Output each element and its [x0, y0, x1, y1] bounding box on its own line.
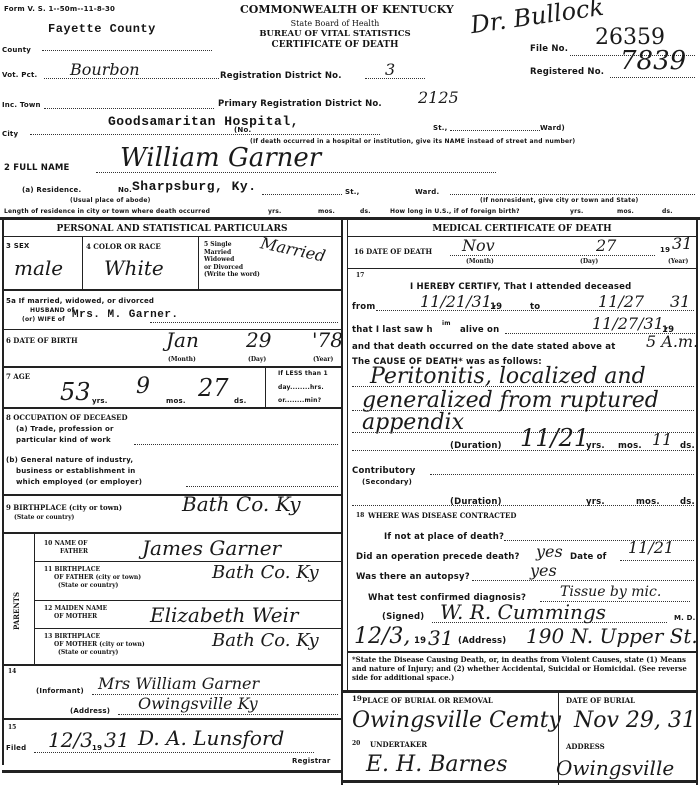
age-mos-label: mos.: [166, 397, 186, 405]
color-label: 4 COLOR OR RACE: [86, 242, 161, 251]
frame-middle: [341, 220, 343, 785]
registered-no-value: 7839: [620, 46, 686, 76]
medical-signed-rule: [348, 651, 696, 653]
residence-ward-line: [450, 194, 695, 195]
registered-no-label: Registered No.: [530, 67, 604, 77]
reg-district-label: Registration District No.: [220, 71, 342, 81]
us-yrs-label: yrs.: [570, 208, 584, 215]
dod-day-label: (Day): [580, 258, 598, 265]
industry-label-1: (b) General nature of industry,: [6, 456, 133, 464]
dob-label: 6 DATE OF BIRTH: [6, 336, 78, 345]
dob-year-label: (Year): [313, 356, 333, 363]
burial-bottom-rule: [341, 780, 698, 783]
cause-rule-1: [352, 386, 694, 387]
mother-bp-label-2: OF MOTHER (city or town): [54, 641, 145, 648]
vot-value: Bourbon: [70, 60, 140, 79]
county-value: Fayette County: [48, 22, 156, 36]
informant-num: 14: [8, 668, 16, 675]
father-bp-value: Bath Co. Ky: [212, 562, 319, 583]
parents-section-label: PARENTS: [12, 592, 21, 630]
city-line: [30, 134, 380, 135]
filed-date: 12/3: [48, 728, 93, 752]
informant-address-line: [118, 714, 338, 715]
frame-middle-inner: [347, 220, 348, 690]
town-label: Inc. Town: [2, 101, 41, 109]
death-occurred-label: and that death occurred on the date stat…: [352, 342, 615, 352]
burial-place-label: PLACE OF BURIAL OR REMOVAL: [362, 696, 493, 705]
age-label: 7 AGE: [6, 372, 30, 381]
birthplace-label: 9 BIRTHPLACE (city or town): [6, 503, 122, 512]
vot-line: [44, 78, 219, 79]
parents-divider: [34, 533, 35, 664]
form-code: Form V. S. 1--50m--11-8-30: [4, 5, 115, 13]
color-value: White: [104, 256, 164, 280]
residence-no-label: No.: [118, 186, 132, 194]
dod-rule: [348, 268, 696, 269]
from-to-line: [376, 310, 694, 311]
spouse-value: Mrs. M. Garner.: [72, 309, 179, 321]
burial-top-rule: [341, 690, 698, 693]
filed-year: 31: [104, 728, 129, 752]
residence-st-label: St.,: [345, 188, 360, 196]
burial-address-label: ADDRESS: [566, 742, 605, 751]
file-no-label: File No.: [530, 44, 568, 54]
contributory-label: Contributory: [352, 466, 415, 476]
registered-no-line: [610, 77, 695, 78]
medical-title-rule: [348, 236, 696, 237]
residence-value: Sharpsburg, Ky.: [132, 179, 257, 194]
top-signature: Dr. Bullock: [469, 0, 606, 39]
operation-label: Did an operation precede death?: [356, 552, 520, 562]
sex-label: 3 SEX: [6, 242, 30, 250]
primary-reg-label: Primary Registration District No.: [218, 99, 382, 109]
primary-reg-value: 2125: [418, 88, 459, 107]
mother-name-label-1: 12 MAIDEN NAME: [44, 605, 107, 612]
marital-line-single: 5 Single: [204, 241, 260, 249]
last-saw-label: that I last saw h: [352, 325, 433, 335]
autopsy-line: [472, 580, 694, 581]
dod-month: Nov: [462, 236, 495, 255]
city-value: Goodsamaritan Hospital,: [108, 114, 299, 129]
autopsy-value: yes: [530, 561, 557, 580]
ward-label: Ward): [540, 124, 565, 132]
undertaker-label: UNDERTAKER: [370, 740, 427, 749]
parents-row-2: [35, 600, 341, 601]
num-17: 17: [356, 272, 364, 279]
full-name-label: 2 FULL NAME: [4, 163, 70, 173]
marital-value: Married: [259, 233, 328, 265]
reg-district-line: [365, 78, 425, 79]
burial-date-label: DATE OF BURIAL: [566, 696, 635, 705]
industry-line: [186, 486, 338, 487]
dod-month-label: (Month): [466, 258, 494, 265]
father-bp-label-1: 11 BIRTHPLACE: [44, 566, 100, 573]
st-label: St.,: [433, 124, 448, 132]
age-months: 9: [136, 374, 150, 399]
industry-label-2: business or establishment in: [16, 467, 136, 475]
row-divider-7: [2, 664, 342, 666]
length-residence-label: Length of residence in city or town wher…: [4, 208, 210, 215]
test-value: Tissue by mic.: [560, 584, 661, 600]
residence-line: [262, 194, 342, 195]
medical-section-title: MEDICAL CERTIFICATE OF DEATH: [348, 224, 696, 234]
dod-year-label: (Year): [668, 258, 688, 265]
father-name-label-1: 10 NAME OF: [44, 540, 87, 547]
dod-label: 16 DATE OF DEATH: [354, 247, 432, 256]
dod-year: 31: [672, 234, 692, 253]
town-line: [44, 108, 214, 109]
day-hrs-label: day........hrs.: [278, 384, 324, 391]
trade-label-2: particular kind of work: [16, 436, 111, 444]
to-value: 11/27: [598, 292, 644, 311]
informant-value: Mrs William Garner: [98, 674, 259, 693]
md-label: M. D.: [674, 614, 696, 622]
filed-line: [34, 752, 314, 753]
vot-label: Vot. Pct.: [2, 71, 37, 79]
spouse-line: [150, 322, 338, 323]
length-yrs-label: yrs.: [268, 208, 282, 215]
dod-day: 27: [596, 236, 616, 255]
industry-label-3: which employed (or employer): [16, 478, 142, 486]
row-divider-bottom: [2, 770, 342, 773]
last-saw-him: im: [442, 320, 451, 327]
row-divider-4: [2, 407, 342, 409]
autopsy-label: Was there an autopsy?: [356, 572, 470, 582]
secondary-label: (Secondary): [362, 478, 412, 486]
father-name-label-2: FATHER: [60, 548, 88, 555]
spouse-husband-label: HUSBAND of: [30, 307, 74, 314]
informant-label: (Informant): [36, 687, 84, 695]
certificate-title: CERTIFICATE OF DEATH: [240, 40, 430, 50]
parents-row-3: [35, 628, 341, 629]
signed-value: W. R. Cummings: [440, 600, 606, 624]
medical-address-value: 190 N. Upper St.: [526, 624, 698, 648]
commonwealth-title: COMMONWEALTH OF KENTUCKY: [240, 3, 430, 16]
contributory-line: [430, 474, 694, 475]
operation-date-label: Date of: [570, 552, 607, 562]
reg-district-value: 3: [385, 60, 395, 79]
birthplace-sub: (State or country): [14, 514, 74, 521]
ward-line: [450, 130, 540, 131]
marital-label: 5 Single Married Widowed or Divorced (Wr…: [204, 241, 260, 279]
marital-line-widowed: Widowed: [204, 256, 260, 264]
age-years: 53: [60, 378, 91, 406]
duration-yrs-value: 11/21: [520, 424, 589, 452]
from-value: 11/21/31,: [420, 292, 497, 311]
row-divider-8: [2, 718, 342, 720]
father-name-value: James Garner: [142, 536, 281, 560]
filed-label: Filed: [6, 744, 26, 752]
not-at-place-label: If not at place of death?: [384, 532, 504, 542]
medical-address-label: (Address): [458, 636, 506, 646]
mother-bp-value: Bath Co. Ky: [212, 630, 319, 651]
personal-title-rule: [2, 236, 342, 237]
certify-text: I HEREBY CERTIFY, That I attended deceas…: [410, 282, 631, 292]
mother-bp-label-1: 13 BIRTHPLACE: [44, 633, 100, 640]
frame-left: [2, 220, 4, 765]
spouse-label: 5a If married, widowed, or divorced: [6, 297, 154, 305]
where-contracted-label: WHERE WAS DISEASE CONTRACTED: [368, 511, 516, 520]
footnote: *State the Disease Causing Death, or, in…: [352, 655, 694, 682]
alive-on-label: alive on: [460, 325, 499, 335]
row-divider-3: [2, 366, 342, 368]
burial-address-value: Owingsville: [556, 756, 674, 780]
trade-line: [134, 444, 338, 445]
age-divider: [265, 367, 266, 407]
age-days: 27: [198, 374, 229, 402]
last-saw-value: 11/27/31,: [592, 314, 669, 333]
dob-month: Jan: [166, 328, 199, 352]
dob-day: 29: [246, 328, 271, 352]
no-label: (No.: [234, 126, 251, 134]
row-divider-1: [2, 289, 342, 291]
mother-name-label-2: OF MOTHER: [54, 613, 97, 620]
contrib-duration-rule: [352, 505, 694, 506]
undertaker-num: 20: [352, 740, 360, 747]
marital-line-married: Married: [204, 249, 260, 257]
full-name-value: William Garner: [120, 143, 321, 173]
length-ds-label: ds.: [360, 208, 371, 215]
dod-line: [450, 255, 655, 256]
usual-place-note: (Usual place of abode): [70, 197, 151, 204]
nonresident-note: (If nonresident, give city or town and S…: [480, 197, 638, 204]
dob-month-label: (Month): [168, 356, 196, 363]
signed-year-prefix: 19: [414, 636, 426, 646]
frame-right: [696, 220, 698, 785]
operation-date-line: [620, 560, 694, 561]
signed-label: (Signed): [382, 612, 424, 622]
signed-line: [432, 622, 667, 623]
burial-place-num: 19: [352, 694, 362, 703]
operation-value: yes: [536, 542, 563, 561]
length-mos-label: mos.: [318, 208, 335, 215]
us-ds-label: ds.: [662, 208, 673, 215]
father-bp-label-3: (State or country): [58, 582, 118, 589]
row-divider-6: [2, 532, 342, 534]
burial-place-value: Owingsville Cemty: [352, 708, 561, 733]
informant-address-value: Owingsville Ky: [138, 694, 258, 713]
filed-num: 15: [8, 724, 16, 731]
us-mos-label: mos.: [617, 208, 634, 215]
sex-value: male: [14, 256, 63, 280]
county-line: [42, 50, 212, 51]
board-title: State Board of Health: [240, 19, 430, 28]
filed-year-prefix: 19: [92, 744, 102, 752]
duration-days-value: 11: [652, 430, 672, 449]
from-label: from: [352, 302, 375, 312]
registrar-label: Registrar: [292, 757, 331, 765]
residence-ward-label: Ward.: [415, 188, 439, 196]
dod-year-prefix: 19: [660, 246, 670, 254]
signed-date: 12/3,: [354, 624, 410, 649]
occupation-label: 8 OCCUPATION OF DECEASED: [6, 413, 128, 422]
full-name-line: [96, 172, 496, 173]
bureau-title: BUREAU OF VITAL STATISTICS: [240, 29, 430, 39]
mother-bp-label-3: (State or country): [58, 649, 118, 656]
informant-address-label: (Address): [70, 707, 110, 715]
death-time: 5 A.m.: [646, 332, 698, 351]
age-yrs-label: yrs.: [92, 397, 108, 405]
county-label: County: [2, 46, 31, 54]
mother-name-value: Elizabeth Weir: [150, 603, 299, 627]
less-than-label: If LESS than 1: [278, 370, 328, 377]
city-label: City: [2, 130, 18, 138]
burial-date-value: Nov 29, 31: [574, 708, 696, 733]
duration-rule: [352, 450, 694, 451]
color-divider: [198, 237, 199, 289]
personal-section-title: PERSONAL AND STATISTICAL PARTICULARS: [4, 224, 340, 234]
undertaker-value: E. H. Barnes: [366, 752, 508, 777]
or-min-label: or........min?: [278, 397, 321, 404]
operation-date-value: 11/21: [628, 538, 674, 557]
num-18: 18: [356, 512, 364, 519]
sex-divider: [82, 237, 83, 289]
to-year: 31: [670, 292, 690, 311]
dob-day-label: (Day): [248, 356, 266, 363]
divider-top: [0, 217, 700, 220]
age-ds-label: ds.: [234, 397, 246, 405]
residence-label: (a) Residence.: [22, 186, 81, 194]
father-bp-label-2: OF FATHER (city or town): [54, 574, 141, 581]
trade-label-1: (a) Trade, profession or: [16, 425, 114, 433]
how-long-us-label: How long in U.S., if of foreign birth?: [390, 208, 520, 215]
registrar-signature: D. A. Lunsford: [138, 726, 284, 750]
marital-line-write: (Write the word): [204, 271, 260, 279]
dob-year: '78: [312, 328, 343, 352]
signed-year: 31: [428, 626, 453, 650]
marital-line-divorced: or Divorced: [204, 264, 260, 272]
spouse-wife-label: (or) WIFE of: [22, 316, 65, 323]
birthplace-value: Bath Co. Ky: [182, 492, 301, 516]
